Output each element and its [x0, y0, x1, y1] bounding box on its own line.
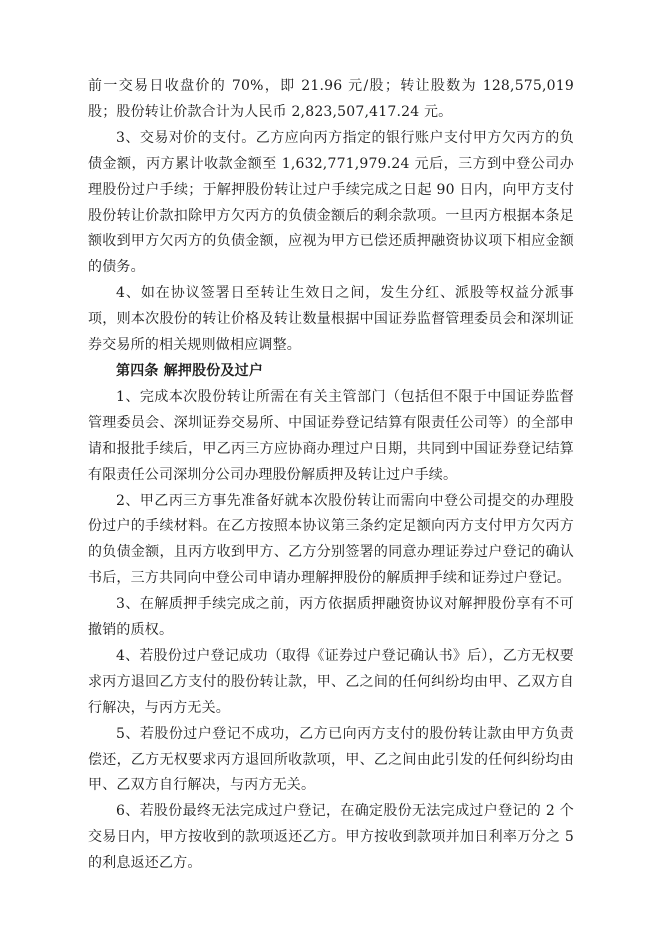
paragraph-article4-item3-irrevocable-pledge: 3、在解质押手续完成之前，丙方依据质押融资协议对解押股份享有不可撤销的质权。	[88, 592, 574, 644]
heading-article-4-pledge-release-and-transfer: 第四条 解押股份及过户	[88, 359, 574, 385]
paragraph-article4-item6-refund-with-interest: 6、若股份最终无法完成过户登记，在确定股份无法完成过户登记的 2 个交易日内，甲…	[88, 799, 574, 877]
paragraph-item4-rights-distribution-adjustment: 4、如在协议签署日至转让生效日之间，发生分红、派股等权益分派事项，则本次股份的转…	[88, 281, 574, 359]
paragraph-carryover-share-price: 前一交易日收盘价的 70%，即 21.96 元/股；转让股数为 128,575,…	[88, 74, 574, 126]
paragraph-article4-item4-registration-success: 4、若股份过户登记成功（取得《证券过户登记确认书》后），乙方无权要求丙方退回乙方…	[88, 644, 574, 722]
paragraph-article4-item1-approval-procedures: 1、完成本次股份转让所需在有关主管部门（包括但不限于中国证券监督管理委员会、深圳…	[88, 385, 574, 489]
paragraph-item3-consideration-payment: 3、交易对价的支付。乙方应向丙方指定的银行账户支付甲方欠丙方的负债金额，丙方累计…	[88, 126, 574, 281]
paragraph-article4-item2-transfer-materials: 2、甲乙丙三方事先准备好就本次股份转让而需向中登公司提交的办理股份过户的手续材料…	[88, 489, 574, 593]
document-body: 前一交易日收盘价的 70%，即 21.96 元/股；转让股数为 128,575,…	[88, 74, 574, 877]
paragraph-article4-item5-registration-failure: 5、若股份过户登记不成功，乙方已向丙方支付的股份转让款由甲方负责偿还，乙方无权要…	[88, 722, 574, 800]
contract-document-page: 前一交易日收盘价的 70%，即 21.96 元/股；转让股数为 128,575,…	[0, 0, 660, 933]
